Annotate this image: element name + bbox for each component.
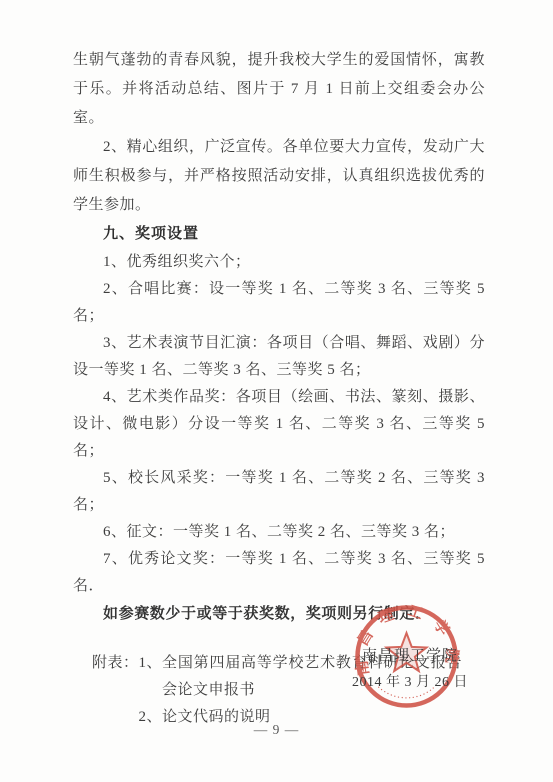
award-item: 7、优秀论文奖：一等奖 1 名、二等奖 3 名、三等奖 5 名． [73, 546, 485, 600]
body-paragraph: 2、精心组织，广泛宣传。各单位要大力宣传，发动广大师生积极参与，并严格按照活动安… [73, 133, 485, 220]
document-page: 生朝气蓬勃的青春风貌，提升我校大学生的爱国情怀，寓教于乐。并将活动总结、图片于 … [0, 0, 553, 782]
award-item: 4、艺术类作品奖：各项目（绘画、书法、篆刻、摄影、设计、微电影）分设一等奖 1 … [73, 384, 485, 465]
signature-block: 南昌理工学院 2014 年 3 月 26 日 [330, 648, 490, 691]
page-number: — 9 — [0, 722, 553, 738]
award-item: 5、校长风采奖：一等奖 1 名、二等奖 2 名、三等奖 3 名； [73, 465, 485, 519]
award-list: 1、优秀组织奖六个； 2、合唱比赛：设一等奖 1 名、二等奖 3 名、三等奖 5… [73, 249, 485, 600]
award-item: 1、优秀组织奖六个； [73, 249, 485, 276]
award-item: 3、艺术表演节目汇演：各项目（合唱、舞蹈、戏剧）分设一等奖 1 名、二等奖 3 … [73, 330, 485, 384]
attachment-label: 附表： [92, 650, 139, 731]
body-paragraph: 生朝气蓬勃的青春风貌，提升我校大学生的爱国情怀，寓教于乐。并将活动总结、图片于 … [73, 46, 485, 133]
award-item: 2、合唱比赛：设一等奖 1 名、二等奖 3 名、三等奖 5 名； [73, 276, 485, 330]
signature-org: 南昌理工学院 [330, 648, 490, 665]
section-heading: 九、奖项设置 [73, 220, 485, 249]
signature-date: 2014 年 3 月 26 日 [330, 675, 490, 691]
award-item: 6、征文：一等奖 1 名、二等奖 2 名、三等奖 3 名； [73, 519, 485, 546]
attachment-item-number: 1、 [139, 650, 163, 704]
